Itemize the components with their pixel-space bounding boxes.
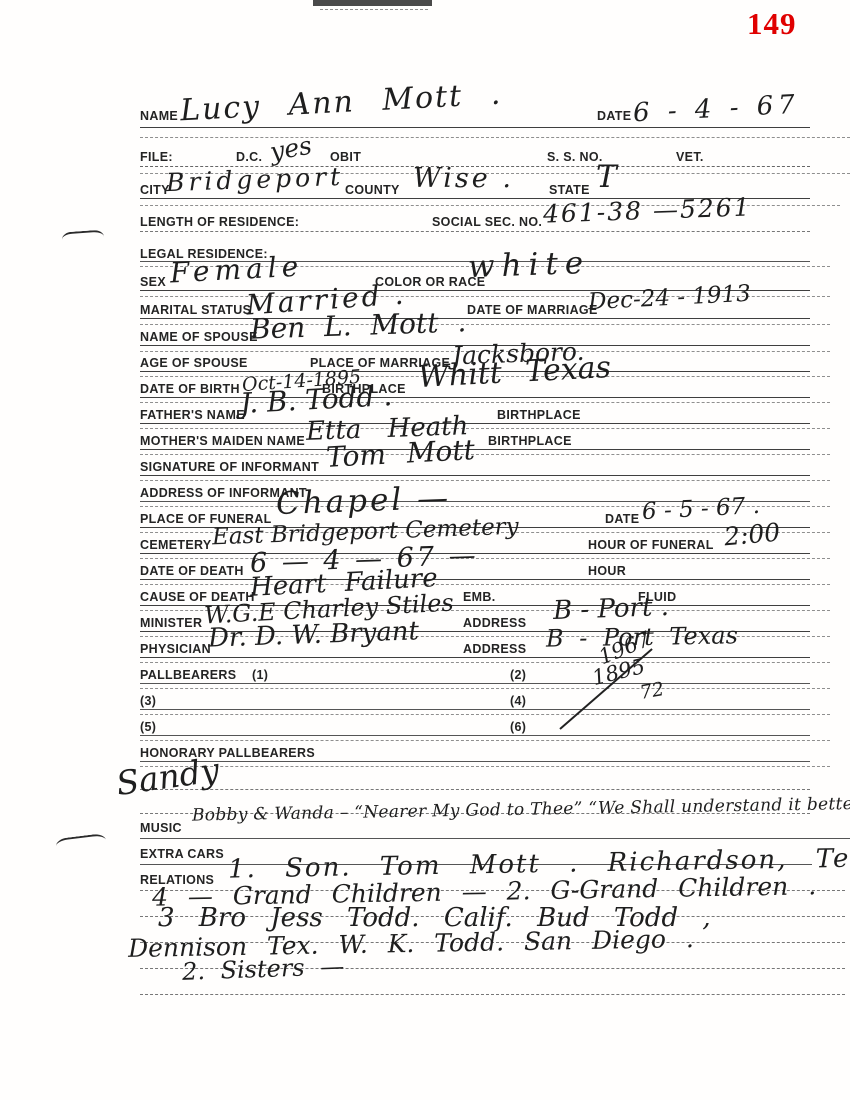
minister-address-value: B - Port . <box>553 594 670 624</box>
rule-death-echo <box>140 584 830 585</box>
rule-father-echo <box>140 428 830 429</box>
minister-label: MINISTER <box>140 615 202 630</box>
rule-pb34-echo <box>140 714 830 715</box>
pallbearer-1-label: (1) <box>252 667 268 682</box>
name-of-spouse-label: NAME OF SPOUSE <box>140 329 258 344</box>
rule-marital-echo <box>140 324 830 325</box>
rule-pb56 <box>140 735 810 736</box>
state-value: T <box>596 162 617 193</box>
rule-blank-1 <box>140 789 810 790</box>
rule-signature <box>140 475 810 476</box>
city-value: Bridgeport <box>166 164 345 195</box>
social-sec-label: SOCIAL SEC. NO. <box>432 214 542 229</box>
state-label: STATE <box>549 182 590 197</box>
minister-address-label: ADDRESS <box>463 615 526 630</box>
extra-cars-label: EXTRA CARS <box>140 846 224 861</box>
vet-label: VET. <box>676 149 704 164</box>
rule-signature-echo <box>140 480 830 481</box>
rule-music <box>140 838 850 839</box>
pallbearer-2-label: (2) <box>510 667 526 682</box>
date-label: DATE <box>597 108 631 123</box>
relations-line-5: 2. Sisters — <box>182 954 345 984</box>
mothers-maiden-name-label: MOTHER'S MAIDEN NAME <box>140 433 305 448</box>
rule-mother <box>140 449 810 450</box>
pallbearer-6-label: (6) <box>510 719 526 734</box>
emb-label: EMB. <box>463 589 496 604</box>
scan-top-bar <box>313 0 432 6</box>
rule-father <box>140 423 810 424</box>
rule-honorary-echo <box>140 766 830 767</box>
birthplace2-label: BIRTHPLACE <box>497 407 581 422</box>
age-of-spouse-label: AGE OF SPOUSE <box>140 355 248 370</box>
birthplace1-value: Whitt Texas <box>417 353 611 393</box>
rule-residence <box>140 231 810 232</box>
margin-note-value: Sandy <box>114 753 221 800</box>
rule-mother-echo <box>140 454 830 455</box>
fathers-name-value: J. B. Todd . <box>239 382 393 418</box>
rule-death <box>140 579 810 580</box>
cemetery-label: CEMETERY <box>140 537 212 552</box>
rule-honorary <box>140 761 810 762</box>
signature-of-informant-value: Tom Mott <box>325 436 475 472</box>
color-or-race-value: white <box>467 248 590 283</box>
dc-label: D.C. <box>236 149 262 164</box>
rule-pb34 <box>140 709 810 710</box>
pallbearer-5-label: (5) <box>140 719 156 734</box>
ssno-label: S. S. NO. <box>547 149 603 164</box>
scanned-funeral-record-page: 149 NAME Lucy Ann Mott . DATE 6 - 4 - 67… <box>0 0 850 1100</box>
hour-label: HOUR <box>588 563 626 578</box>
date-value: 6 - 4 - 67 <box>632 92 800 127</box>
age-calc-age: 72 <box>639 680 666 703</box>
county-label: COUNTY <box>345 182 400 197</box>
signature-of-informant-label: SIGNATURE OF INFORMANT <box>140 459 319 474</box>
sex-label: SEX <box>140 274 166 289</box>
name-label: NAME <box>140 108 178 123</box>
sex-value: Female <box>169 253 304 288</box>
physician-address-label: ADDRESS <box>463 641 526 656</box>
name-value: Lucy Ann Mott . <box>179 80 502 127</box>
rule-name-echo <box>140 137 850 138</box>
rule-relations-5 <box>140 994 845 995</box>
date-of-death-label: DATE OF DEATH <box>140 563 244 578</box>
birthplace3-label: BIRTHPLACE <box>488 433 572 448</box>
funeral-date-label: DATE <box>605 511 639 526</box>
physician-label: PHYSICIAN <box>140 641 211 656</box>
date-of-marriage-label: DATE OF MARRIAGE <box>467 302 598 317</box>
margin-pen-mark-top <box>62 230 105 247</box>
hour-of-funeral-label: HOUR OF FUNERAL <box>588 537 714 552</box>
physician-value: Dr. D. W. Bryant <box>208 618 420 651</box>
social-sec-value: 461-38 —5261 <box>543 194 752 226</box>
county-value: Wise . <box>413 165 514 192</box>
pallbearers-label: PALLBEARERS <box>140 667 236 682</box>
hour-of-funeral-value: 2:00 <box>723 520 781 550</box>
name-of-spouse-value: Ben L. Mott . <box>250 308 467 344</box>
pallbearer-4-label: (4) <box>510 693 526 708</box>
scan-top-bar-echo <box>320 9 428 10</box>
date-of-birth-label: DATE OF BIRTH <box>140 381 240 396</box>
rule-cemetery-echo <box>140 558 830 559</box>
marital-status-label: MARITAL STATUS <box>140 302 251 317</box>
rule-pb12-echo <box>140 688 830 689</box>
rule-name <box>140 127 810 128</box>
rule-physician <box>140 657 810 658</box>
rule-marital <box>140 318 810 319</box>
place-of-funeral-value: Chapel — <box>276 483 452 520</box>
music-value: Bobby & Wanda – “Nearer My God to Thee” … <box>192 794 850 824</box>
page-number: 149 <box>747 6 797 42</box>
rule-pb12 <box>140 683 810 684</box>
rule-physician-echo <box>140 662 830 663</box>
margin-pen-mark-bottom <box>55 833 106 853</box>
length-of-residence-label: LENGTH OF RESIDENCE: <box>140 214 299 229</box>
music-label: MUSIC <box>140 820 182 835</box>
pallbearer-3-label: (3) <box>140 693 156 708</box>
fathers-name-label: FATHER'S NAME <box>140 407 245 422</box>
dc-value: yes <box>268 133 313 165</box>
rule-pb56-echo <box>140 740 830 741</box>
date-of-marriage-value: Dec-24 - 1913 <box>588 283 752 314</box>
file-label: FILE: <box>140 149 173 164</box>
